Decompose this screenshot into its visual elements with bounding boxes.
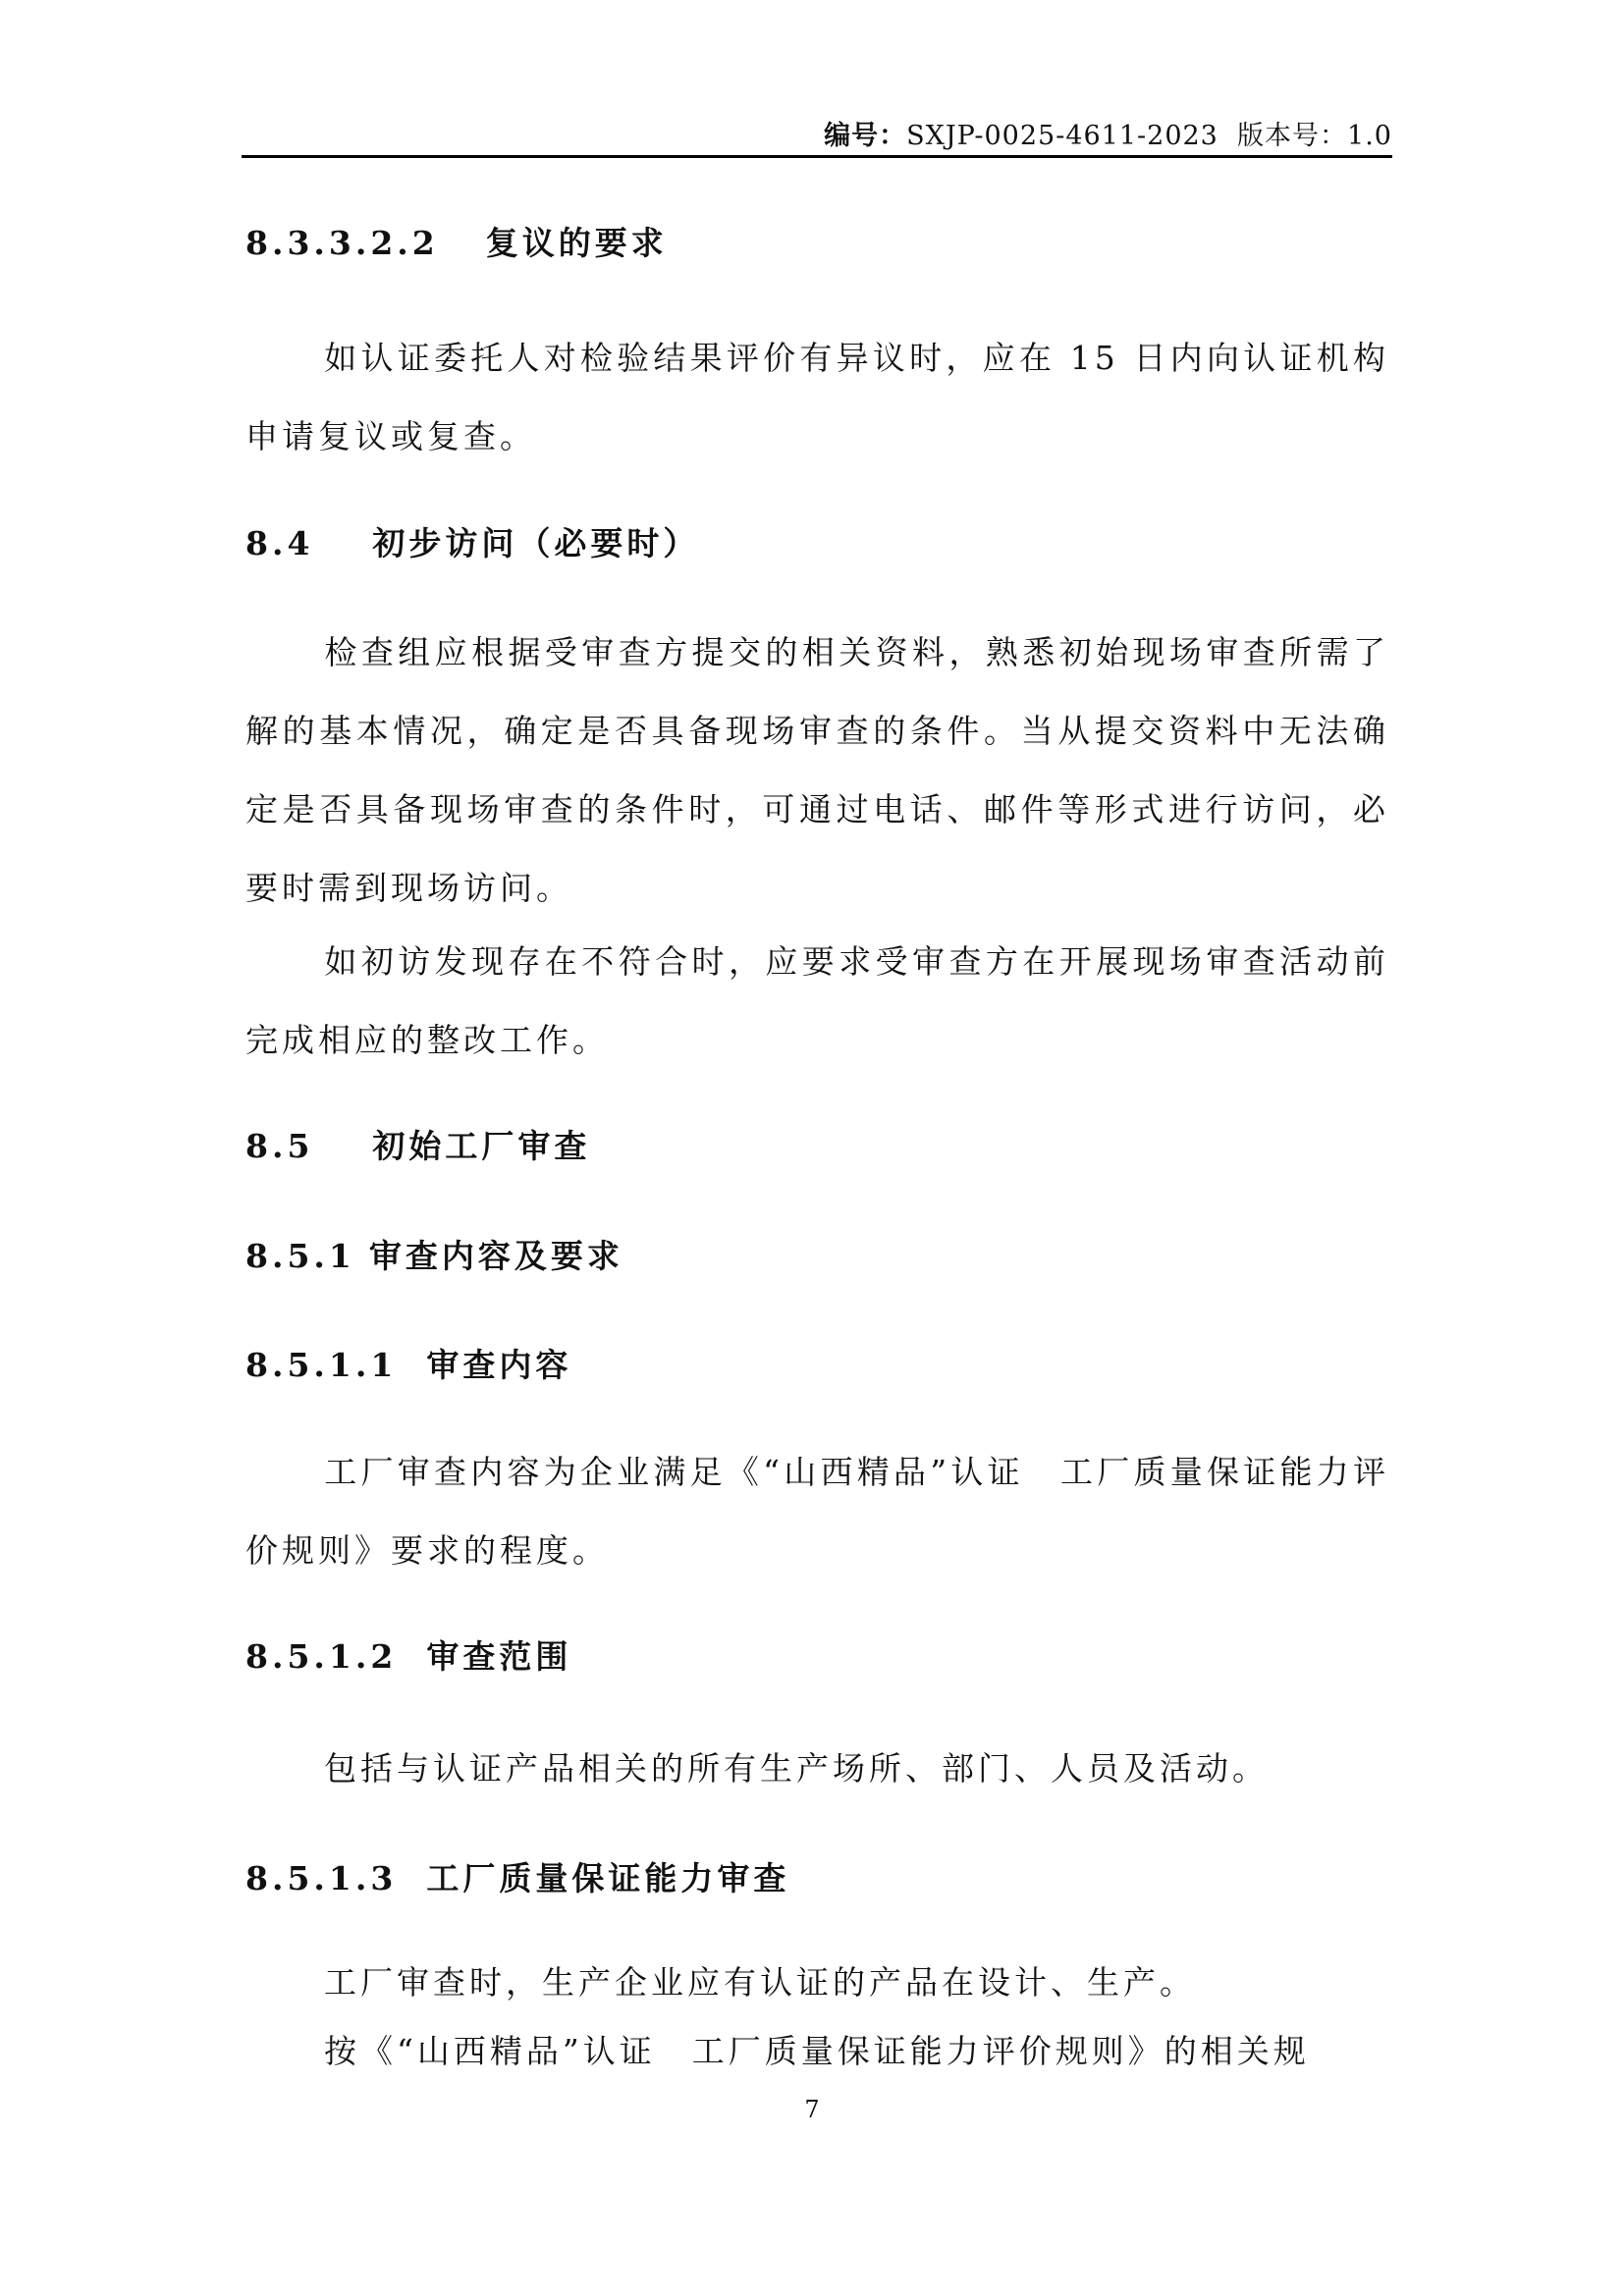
section-number: 8.5.1.2 — [245, 1637, 397, 1676]
section-title: 审查内容 — [426, 1346, 571, 1384]
paragraph-rectification: 如初访发现存在不符合时，应要求受审查方在开展现场审查活动前完成相应的整改工作。 — [245, 923, 1389, 1080]
section-number: 8.5.1.1 — [245, 1346, 397, 1384]
section-title: 审查范围 — [426, 1637, 571, 1676]
paragraph-preliminary-visit: 检查组应根据受审查方提交的相关资料，熟悉初始现场审查所需了解的基本情况，确定是否… — [245, 614, 1389, 928]
paragraph-factory-audit: 工厂审查时，生产企业应有认证的产品在设计、生产。 — [245, 1944, 1389, 2022]
document-code-value: SXJP-0025-4611-2023 — [906, 121, 1218, 151]
section-heading-8-3-3-2-2: 8.3.3.2.2复议的要求 — [245, 218, 1389, 264]
page-number: 7 — [0, 2096, 1624, 2123]
page-header: 编号：SXJP-0025-4611-2023 版本号：1.0 — [242, 116, 1392, 157]
document-page: 编号：SXJP-0025-4611-2023 版本号：1.0 8.3.3.2.2… — [0, 0, 1624, 2296]
section-number: 8.4 — [245, 524, 313, 562]
section-number: 8.5.1 — [245, 1237, 355, 1275]
section-heading-8-5-1: 8.5.1审查内容及要求 — [245, 1231, 1389, 1277]
header-divider — [242, 155, 1392, 158]
section-heading-8-5-1-2: 8.5.1.2审查范围 — [245, 1631, 1389, 1678]
section-number: 8.5 — [245, 1127, 313, 1165]
section-number: 8.5.1.3 — [245, 1859, 397, 1897]
section-number: 8.3.3.2.2 — [245, 224, 439, 262]
document-code-label: 编号： — [824, 121, 906, 151]
section-title: 初步访问（必要时） — [372, 524, 699, 562]
paragraph-audit-scope: 包括与认证产品相关的所有生产场所、部门、人员及活动。 — [245, 1730, 1389, 1808]
section-title: 初始工厂审查 — [372, 1127, 590, 1165]
section-heading-8-5-1-3: 8.5.1.3工厂质量保证能力审查 — [245, 1853, 1389, 1899]
section-title: 工厂质量保证能力审查 — [426, 1859, 789, 1897]
paragraph-reconsideration: 如认证委托人对检验结果评价有异议时，应在 15 日内向认证机构申请复议或复查。 — [245, 319, 1389, 476]
paragraph-evaluation-rules: 按《“山西精品”认证 工厂质量保证能力评价规则》的相关规 — [245, 2012, 1389, 2091]
section-heading-8-4: 8.4初步访问（必要时） — [245, 518, 1389, 564]
version-label: 版本号： — [1237, 121, 1347, 151]
version-value: 1.0 — [1347, 121, 1392, 151]
section-title: 复议的要求 — [486, 224, 668, 262]
section-heading-8-5-1-1: 8.5.1.1审查内容 — [245, 1340, 1389, 1386]
section-heading-8-5: 8.5初始工厂审查 — [245, 1121, 1389, 1167]
paragraph-audit-content: 工厂审查内容为企业满足《“山西精品”认证 工厂质量保证能力评价规则》要求的程度。 — [245, 1433, 1389, 1590]
section-title: 审查内容及要求 — [369, 1237, 623, 1275]
